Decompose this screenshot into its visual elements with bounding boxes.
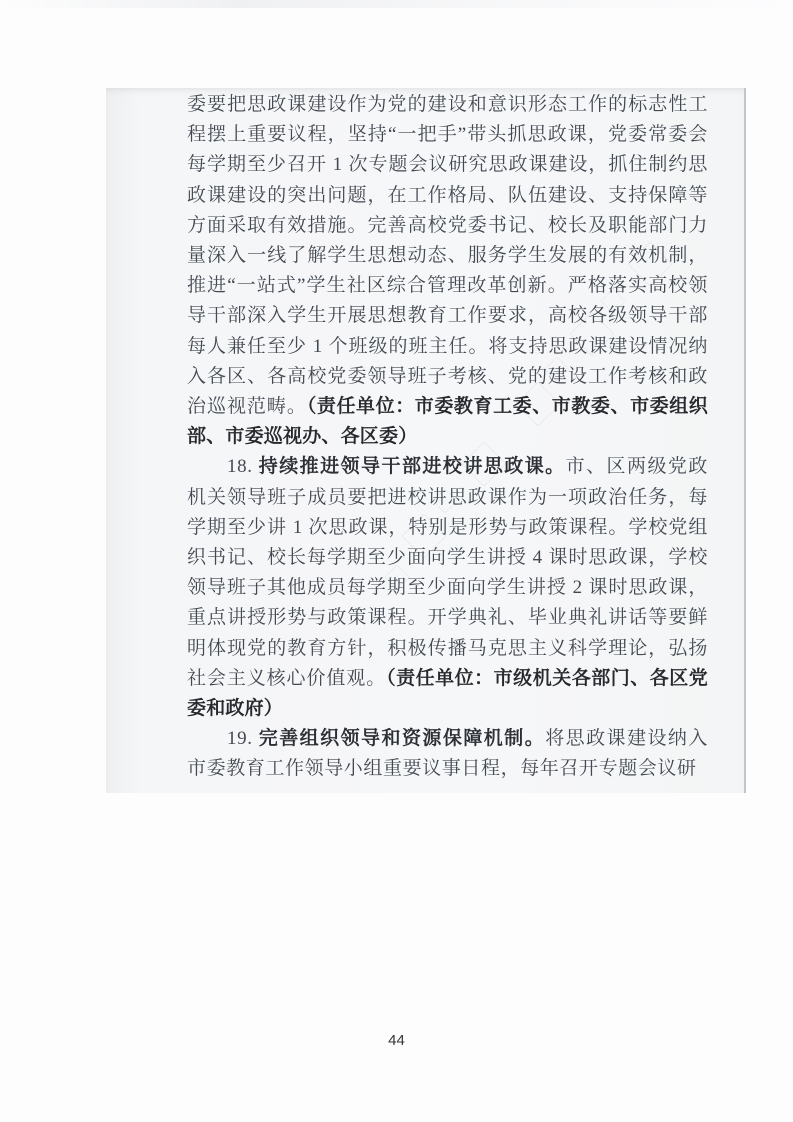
paragraph: 委要把思政课建设作为党的建设和意识形态工作的标志性工程摆上重要议程，坚持“一把手… <box>187 90 708 452</box>
text-run: 19. <box>227 728 259 749</box>
page-number: 44 <box>0 1032 793 1049</box>
text-run: 18. <box>227 456 259 477</box>
item-heading-bold-run: 完善组织领导和资源保障机制。 <box>259 728 545 749</box>
document-body: 委要把思政课建设作为党的建设和意识形态工作的标志性工程摆上重要议程，坚持“一把手… <box>187 90 708 785</box>
scan-noise-streak <box>0 0 793 8</box>
text-run: 市、区两级党政机关领导班子成员要把进校讲思政课作为一项政治任务，每学期至少讲 1… <box>187 456 708 688</box>
document-page: 委要把思政课建设作为党的建设和意识形态工作的标志性工程摆上重要议程，坚持“一把手… <box>0 0 793 1122</box>
item-heading-bold-run: 持续推进领导干部进校讲思政课。 <box>259 456 566 477</box>
text-run: 委要把思政课建设作为党的建设和意识形态工作的标志性工程摆上重要议程，坚持“一把手… <box>187 94 708 417</box>
paragraph: 18. 持续推进领导干部进校讲思政课。市、区两级党政机关领导班子成员要把进校讲思… <box>187 452 708 724</box>
paragraph: 19. 完善组织领导和资源保障机制。将思政课建设纳入市委教育工作领导小组重要议事… <box>187 724 708 784</box>
